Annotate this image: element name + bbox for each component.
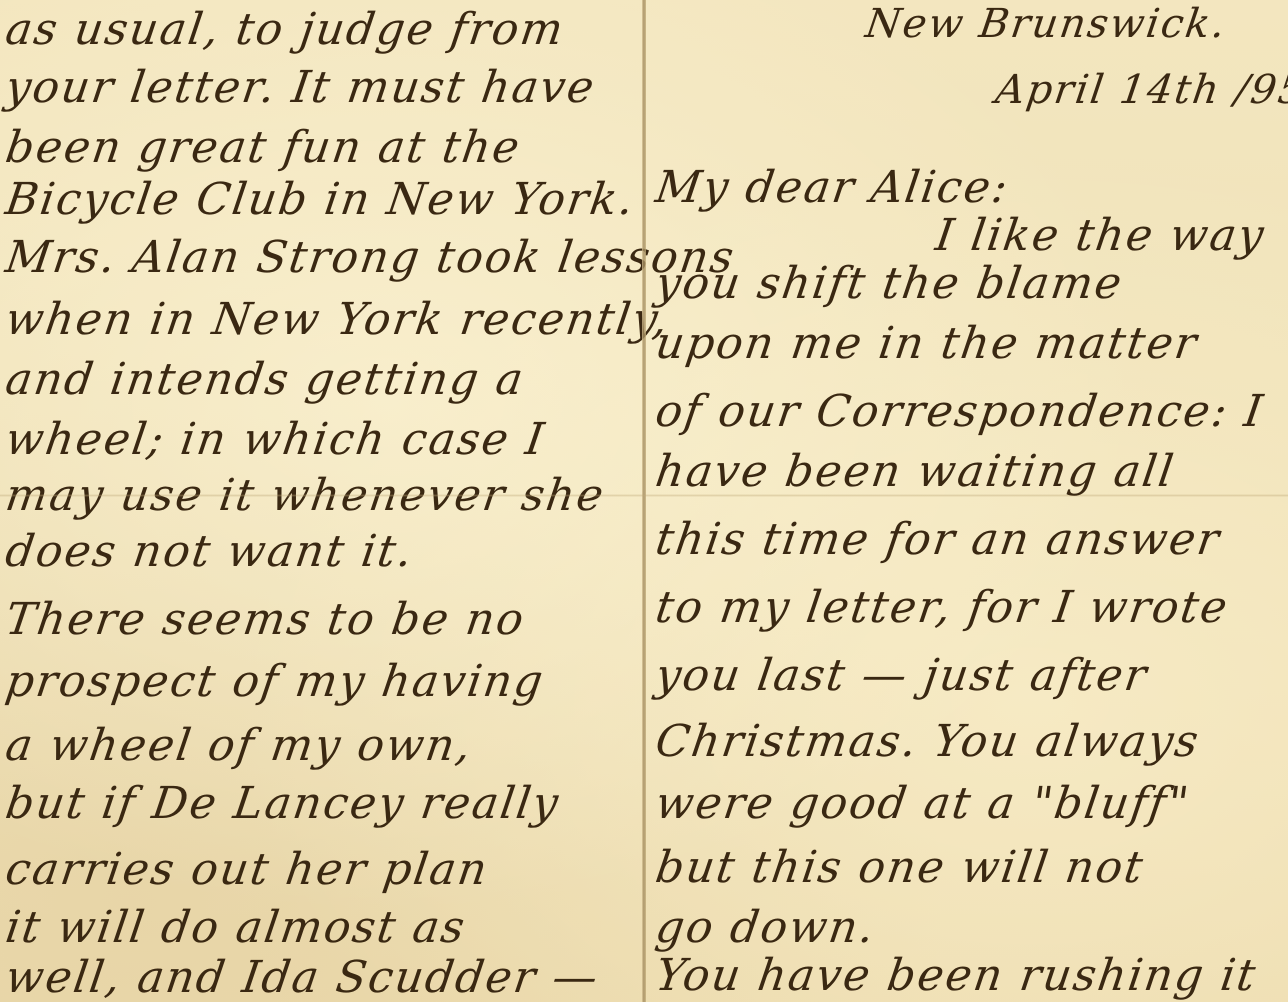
letter-line: of our Correspondence: I [653,390,1267,434]
letter-line: this time for an answer [653,518,1224,562]
letter-salutation: My dear Alice: [653,166,1012,210]
letter-line: carries out her plan [3,848,492,892]
letter-line: been great fun at the [3,126,524,170]
letter-line: as usual, to judge from [3,8,568,52]
letter-line: I like the way [933,214,1268,258]
letter-place: New Brunswick. [863,4,1229,44]
letter-line: upon me in the matter [653,322,1201,366]
letter-line: your letter. It must have [3,66,598,110]
letter-line: were good at a "bluff" [653,782,1193,826]
letter-line: well, and Ida Scudder — [3,956,602,1000]
letter-line: Christmas. You always [653,720,1203,764]
letter-line: You have been rushing it [653,954,1260,998]
letter-line: and intends getting a [3,358,527,402]
letter-line: have been waiting all [653,450,1178,494]
letter-line: when in New York recently, [3,298,672,342]
letter-line: you last — just after [653,654,1151,698]
letter-line: There seems to be no [3,598,528,642]
letter-line: a wheel of my own, [3,724,475,768]
letter-line: but if De Lancey really [3,782,563,826]
letter-sheet: as usual, to judge from your letter. It … [0,0,1288,1002]
letter-line: but this one will not [653,846,1147,890]
left-page: as usual, to judge from your letter. It … [0,0,642,1002]
right-page: New Brunswick. April 14th /95 My dear Al… [646,0,1288,1002]
letter-date: April 14th /95 [993,70,1288,110]
letter-line: to my letter, for I wrote [653,586,1232,630]
letter-line: go down. [653,906,878,950]
letter-line: does not want it. [3,530,417,574]
letter-line: you shift the blame [653,262,1126,306]
letter-line: wheel; in which case I [3,418,548,462]
letter-line: Bicycle Club in New York. [3,178,638,222]
letter-line: it will do almost as [3,906,469,950]
letter-line: Mrs. Alan Strong took lessons [3,236,738,280]
letter-line: prospect of my having [3,660,547,704]
